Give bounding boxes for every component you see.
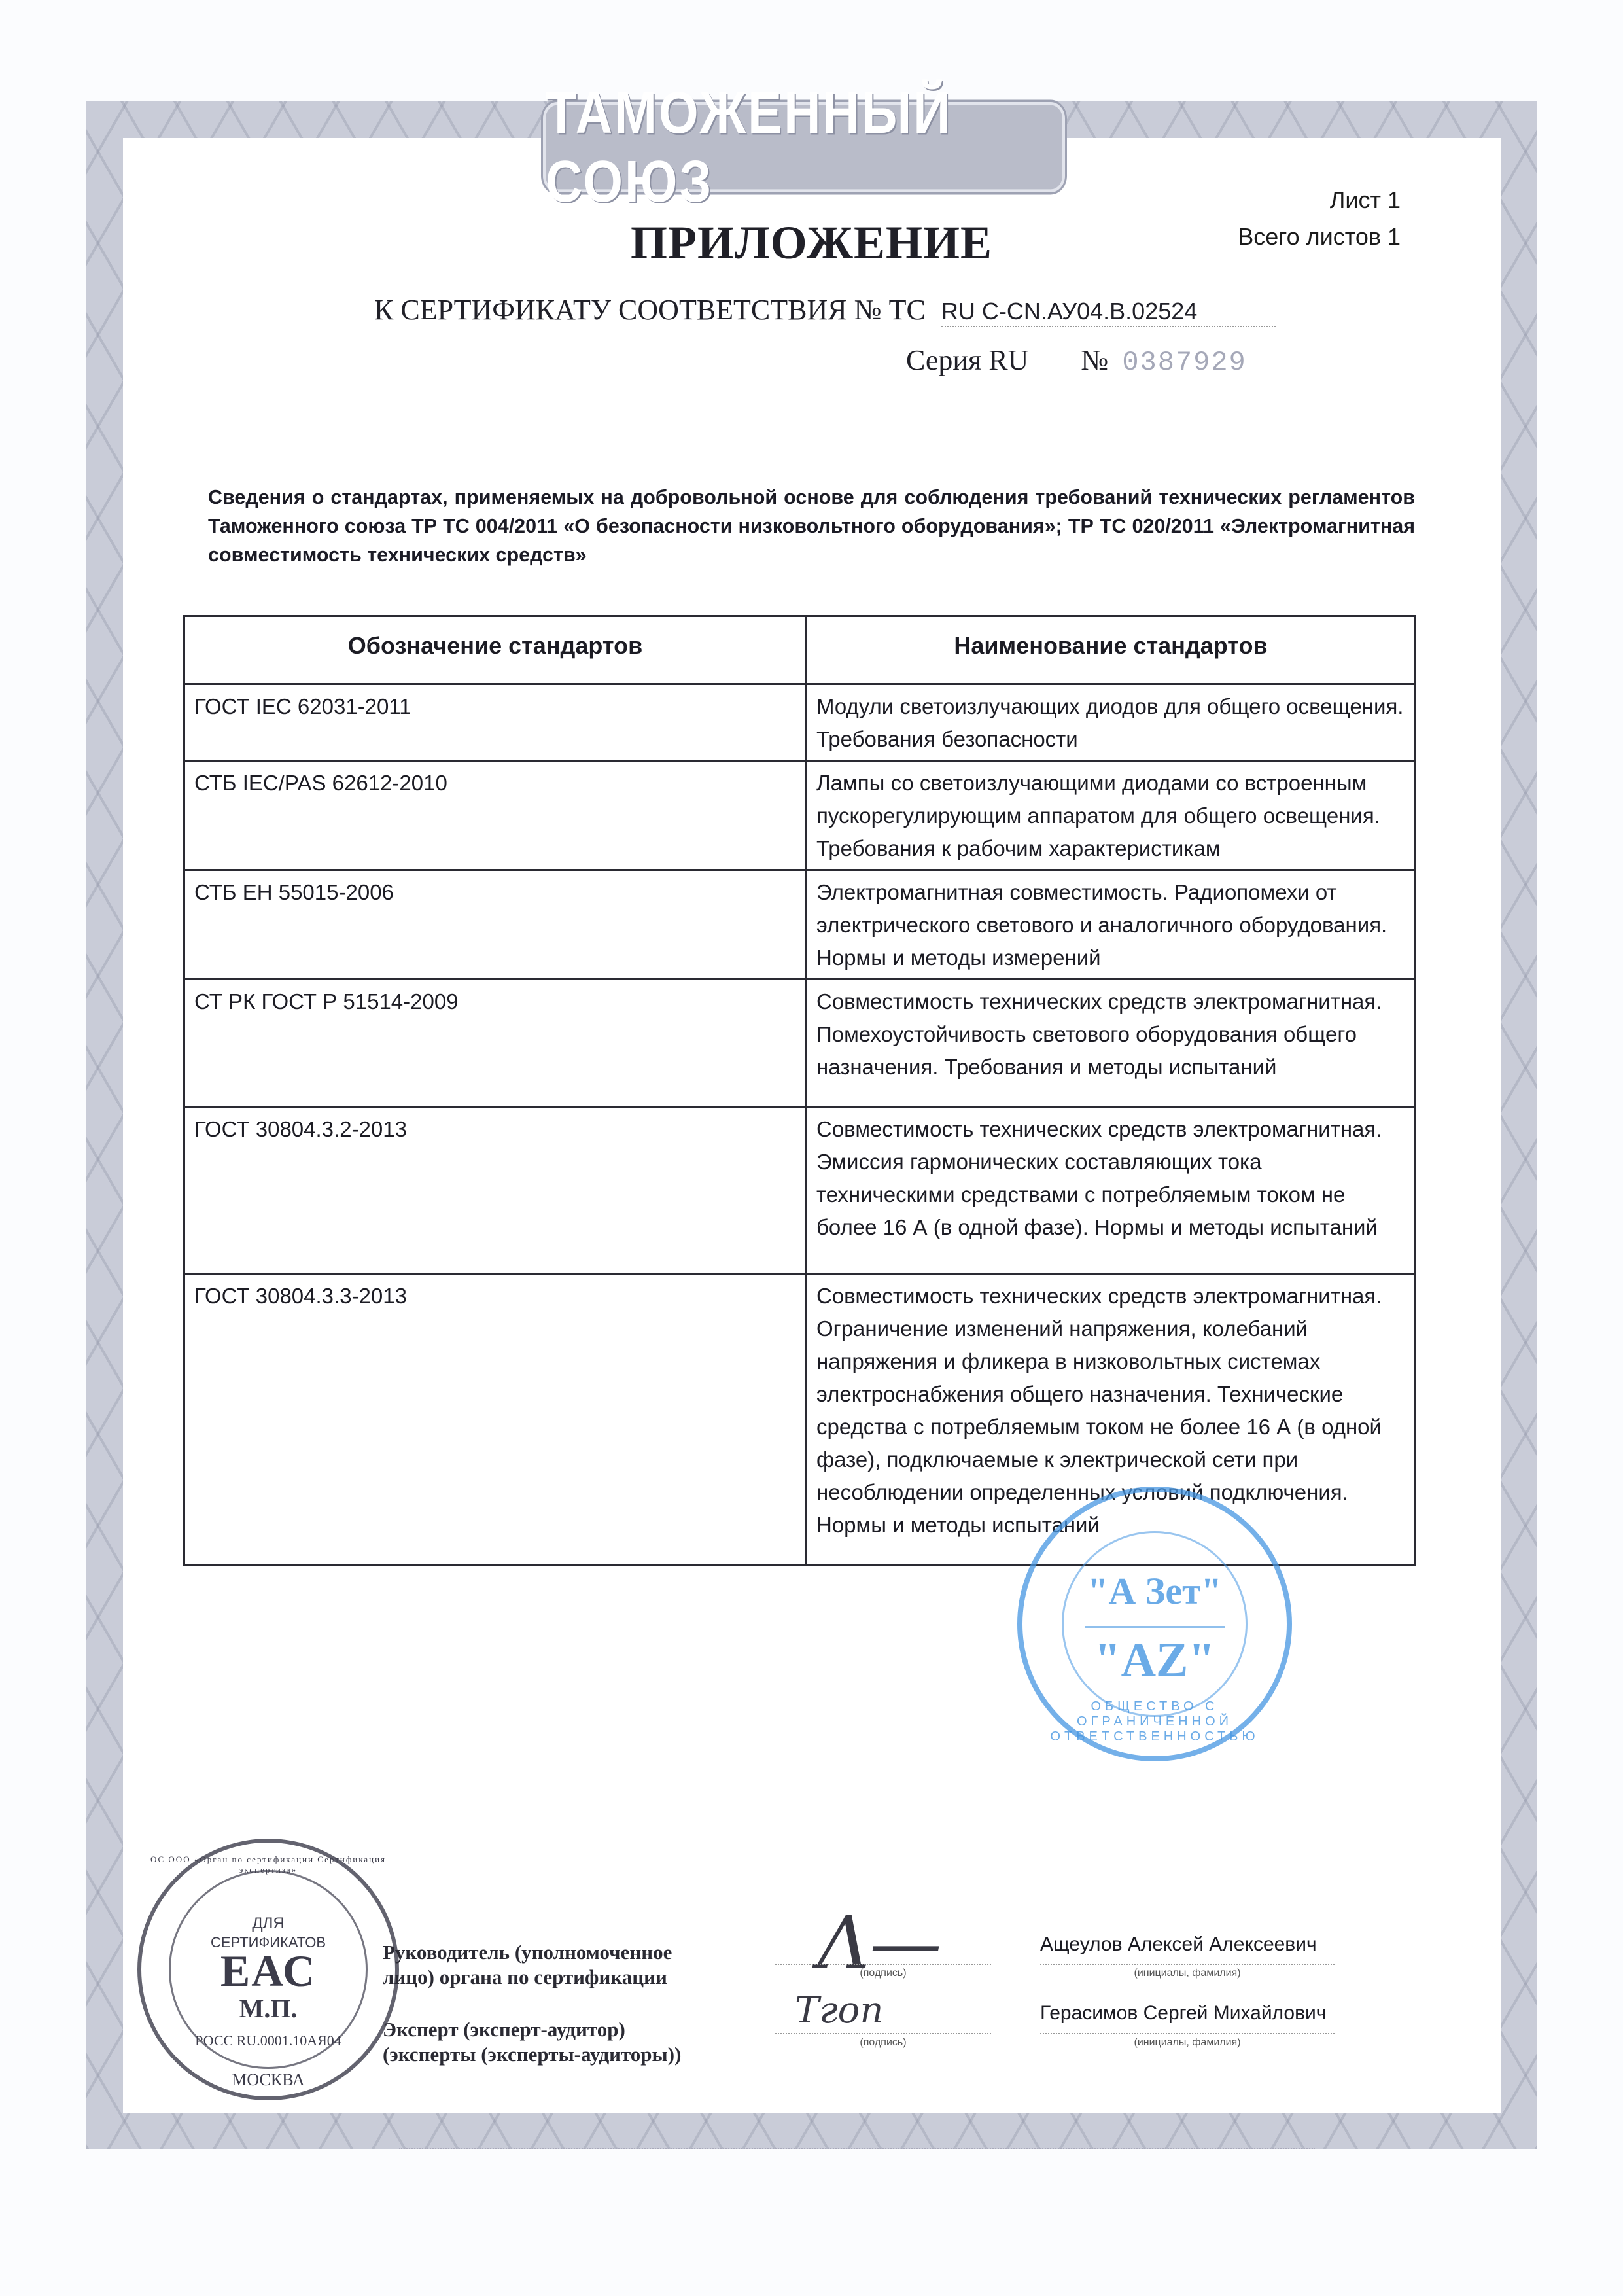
expert-role-line-1: Эксперт (эксперт-аудитор) <box>383 2017 681 2042</box>
table-header-row: Обозначение стандартов Наименование стан… <box>184 616 1416 684</box>
signatures-block: Руководитель (уполномоченное лицо) орган… <box>383 1920 1413 2071</box>
column-header-code: Обозначение стандартов <box>184 616 807 684</box>
seal-company-name-cyrillic: "А Зет" <box>1022 1569 1287 1613</box>
standard-name: Лампы со светоизлучающими диодами со вст… <box>807 761 1416 870</box>
expert-name-line <box>1040 2033 1335 2034</box>
standard-name: Совместимость технических средств электр… <box>807 1107 1416 1274</box>
standard-name: Модули светоизлучающих диодов для общего… <box>807 684 1416 761</box>
expert-name-caption: (инициалы, фамилия) <box>1040 2037 1335 2049</box>
expert-role-line-2: (эксперты (эксперты-аудиторы)) <box>383 2042 681 2067</box>
standard-code: ГОСТ 30804.3.3-2013 <box>184 1274 807 1565</box>
expert-signature-icon: Тгоп <box>795 1989 883 2032</box>
standard-code: ГОСТ 30804.3.2-2013 <box>184 1107 807 1274</box>
standard-code: СТБ IEC/PAS 62612-2010 <box>184 761 807 870</box>
standard-name: Совместимость технических средств электр… <box>807 980 1416 1107</box>
eac-mark-icon: ЕАС <box>141 1951 395 1991</box>
sheet-number: Лист 1 <box>1238 182 1401 219</box>
head-role-line-1: Руководитель (уполномоченное <box>383 1940 672 1965</box>
standard-code: СТБ ЕН 55015-2006 <box>184 870 807 980</box>
standard-code: ГОСТ IEC 62031-2011 <box>184 684 807 761</box>
table-row: СТБ ЕН 55015-2006 Электромагнитная совме… <box>184 870 1416 980</box>
stamp-registration: РОСС RU.0001.10АЯ04 <box>141 2032 395 2049</box>
certification-body-stamp: ОС ООО «Орган по сертификации Сертификац… <box>137 1839 399 2100</box>
expert-role-label: Эксперт (эксперт-аудитор) (эксперты (экс… <box>383 2017 681 2067</box>
certificate-reference: К СЕРТИФИКАТУ СООТВЕТСТВИЯ № ТСRU C-CN.А… <box>374 293 1276 327</box>
seal-inner-ring <box>1062 1531 1248 1717</box>
series-line: Серия RU№ 0387929 <box>906 344 1247 378</box>
blank-number: 0387929 <box>1122 347 1246 378</box>
expert-signature-caption: (подпись) <box>775 2037 991 2049</box>
standard-code: СТ РК ГОСТ Р 51514-2009 <box>184 980 807 1107</box>
head-role-line-2: лицо) органа по сертификации <box>383 1965 672 1990</box>
customs-union-banner: ТАМОЖЕННЫЙ СОЮЗ <box>543 102 1065 192</box>
table-row: СТ РК ГОСТ Р 51514-2009 Совместимость те… <box>184 980 1416 1107</box>
standards-table: Обозначение стандартов Наименование стан… <box>183 615 1416 1566</box>
expert-signature-line <box>775 2033 991 2034</box>
head-name-line <box>1040 1964 1335 1965</box>
page-title: ПРИЛОЖЕНИЕ <box>0 216 1623 270</box>
stamp-city: МОСКВА <box>141 2070 395 2090</box>
series-label: Серия RU <box>906 344 1028 376</box>
table-row: ГОСТ IEC 62031-2011 Модули светоизлучающ… <box>184 684 1416 761</box>
certificate-prefix: К СЕРТИФИКАТУ СООТВЕТСТВИЯ № ТС <box>374 294 926 326</box>
intro-paragraph: Сведения о стандартах, применяемых на до… <box>208 483 1415 569</box>
head-name: Ащеулов Алексей Алексеевич <box>1040 1934 1317 1956</box>
head-role-label: Руководитель (уполномоченное лицо) орган… <box>383 1940 672 1990</box>
stamp-mp-label: М.П. <box>141 1993 395 2024</box>
applicant-seal-stamp: "А Зет" "AZ" ОБЩЕСТВО С ОГРАНИЧЕННОЙ ОТВ… <box>1017 1487 1292 1761</box>
table-row: СТБ IEC/PAS 62612-2010 Лампы со светоизл… <box>184 761 1416 870</box>
seal-divider <box>1085 1626 1225 1628</box>
head-signature-caption: (подпись) <box>775 1968 991 1979</box>
stamp-ring-text: ОС ООО «Орган по сертификации Сертификац… <box>141 1854 395 1875</box>
certificate-number: RU C-CN.АУ04.В.02524 <box>941 298 1276 327</box>
stamp-line-for: ДЛЯ <box>141 1915 395 1933</box>
number-label: № <box>1081 344 1108 376</box>
standard-name: Электромагнитная совместимость. Радиопом… <box>807 870 1416 980</box>
footer-print-line <box>399 2148 1315 2149</box>
head-name-caption: (инициалы, фамилия) <box>1040 1968 1335 1979</box>
column-header-name: Наименование стандартов <box>807 616 1416 684</box>
seal-ring-text: ОБЩЕСТВО С ОГРАНИЧЕННОЙ ОТВЕТСТВЕННОСТЬЮ <box>1022 1699 1287 1744</box>
seal-company-name-latin: "AZ" <box>1022 1633 1287 1688</box>
expert-name: Герасимов Сергей Михайлович <box>1040 2002 1326 2024</box>
head-signature-line <box>775 1964 991 1965</box>
table-row: ГОСТ 30804.3.2-2013 Совместимость технич… <box>184 1107 1416 1274</box>
